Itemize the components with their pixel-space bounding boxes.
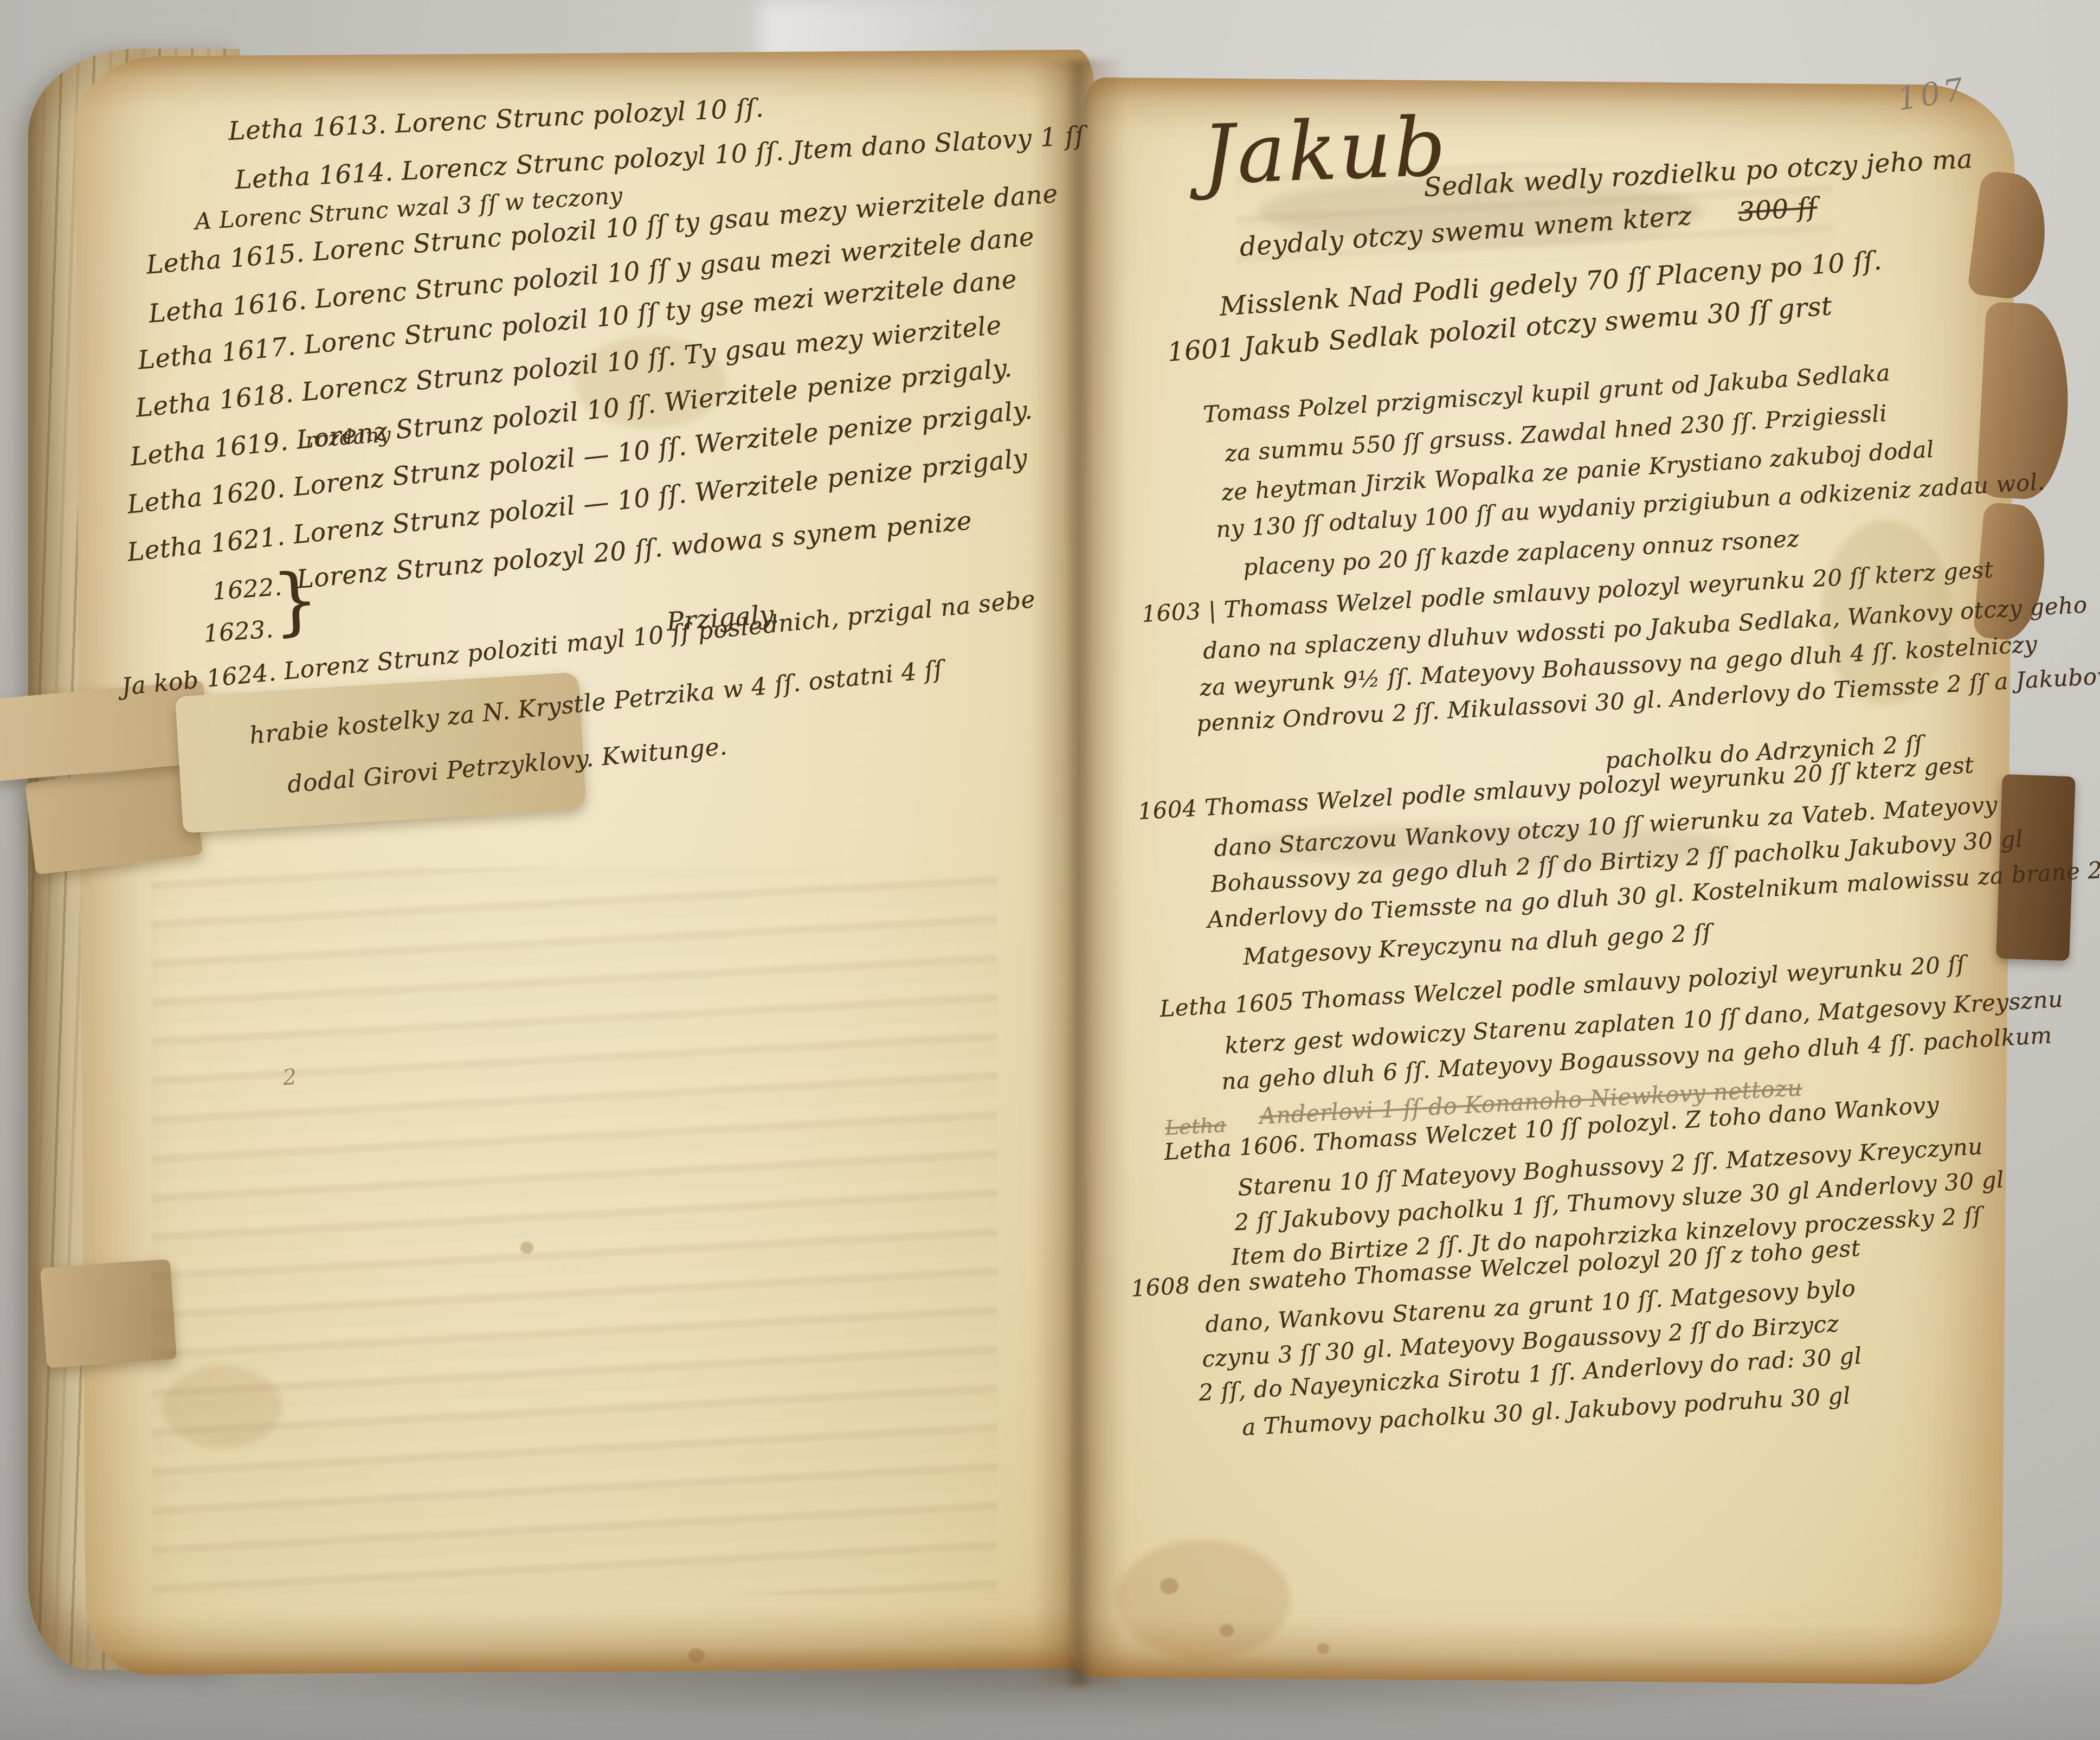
page-tatter [1967,170,2052,302]
entry-title: Jakub [1201,100,1450,203]
stain [1117,1540,1290,1659]
photo-backdrop: 107 Letha 1613. Lorenc Strunc polozyl 10… [0,0,2100,1740]
gutter-shadow [1033,60,1125,1686]
foxing-dot [1220,1624,1234,1637]
foxing-dot [520,1242,533,1254]
margin-mark: 2 [282,1064,298,1090]
bleed-through [152,868,997,1594]
foxing-dot [688,1648,705,1662]
entry-year-1623: 1623. [203,615,274,648]
foxing-dot [1317,1643,1329,1654]
struck-amount: 300 ſſ [1737,192,1819,228]
stain [163,1366,282,1448]
foxing-dot [1160,1578,1178,1594]
